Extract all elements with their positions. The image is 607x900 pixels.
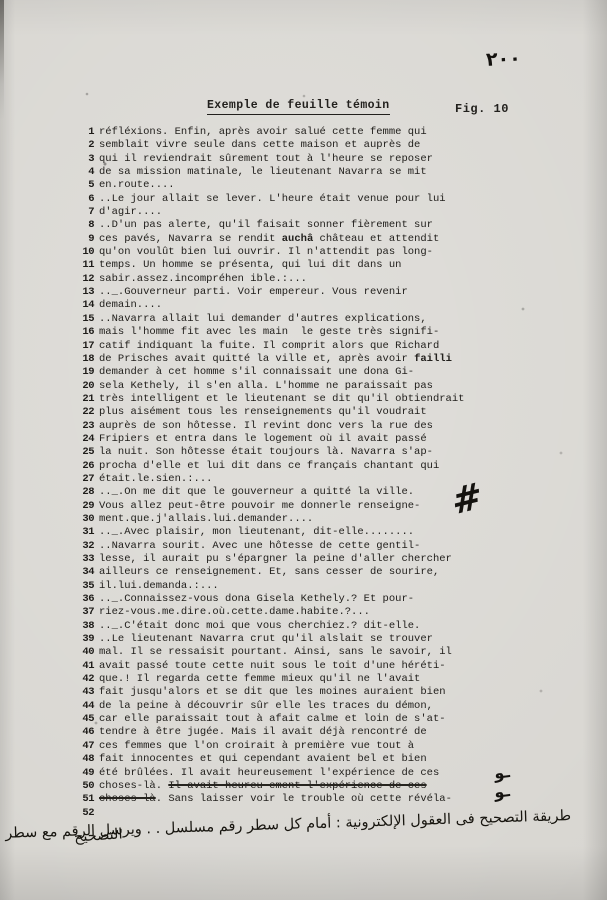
line-text: tendre à être jugée. Mais il avait déjà … [99, 726, 427, 738]
line-number: 14 [70, 299, 94, 311]
line-text-segment: ment.que.j'allais.lui.demander.... [99, 513, 313, 525]
struck-text-segment: Il avait heureu ement l'expérience de ce… [168, 780, 426, 792]
line-text-segment: ..Le jour allait se lever. L'heure était… [99, 193, 446, 205]
line-number: 27 [70, 473, 94, 485]
line-number: 50 [70, 780, 94, 792]
line-number: 31 [70, 526, 94, 538]
line-text-segment: ..Le lieutenant Navarra crut qu'il alsla… [99, 633, 433, 645]
line-text-segment: .._.Avec plaisir, mon lieutenant, dit-el… [99, 526, 414, 538]
line-number: 44 [70, 700, 94, 712]
line-text-segment: auchâ [282, 233, 314, 245]
line-number: 5 [70, 179, 94, 191]
line-text-segment: d'agir.... [99, 206, 162, 218]
line-text: ces pavés, Navarra se rendit auchâ châte… [99, 233, 439, 245]
line-text: demain.... [99, 299, 162, 311]
line-number: 49 [70, 767, 94, 779]
text-line: 38 .._.C'était donc moi que vous cherchi… [70, 620, 464, 633]
line-text-segment: était.le.sien.:... [99, 473, 212, 485]
line-text: qu'on voulût bien lui ouvrir. Il n'atten… [99, 246, 433, 258]
arabic-footnote-wrap-word: التصحيح [74, 826, 123, 845]
line-text-segment: il.lui.demanda.:... [99, 580, 219, 592]
line-number: 22 [70, 406, 94, 418]
line-text-segment: procha d'elle et lui dit dans ce françai… [99, 460, 439, 472]
line-text: en.route.... [99, 179, 175, 191]
text-line: 2 semblait vivre seule dans cette maison… [70, 139, 464, 152]
paper-speckles [0, 0, 2, 2]
line-text-segment: avait passé toute cette nuit sous le toi… [99, 660, 446, 672]
line-number: 16 [70, 326, 94, 338]
line-text-segment: fait innocentes et qui cependant avaient… [99, 753, 427, 765]
line-text-segment: qui il reviendrait sûrement tout à l'heu… [99, 153, 433, 165]
line-number: 15 [70, 313, 94, 325]
line-number: 20 [70, 380, 94, 392]
text-line: 5 en.route.... [70, 179, 464, 192]
text-line: 49 été brûlées. Il avait heureusement l'… [70, 767, 464, 780]
line-text: .._.Gouverneur parti. Voir empereur. Vou… [99, 286, 408, 298]
line-text: Fripiers et entra dans le logement où il… [99, 433, 427, 445]
line-text-segment: ces femmes que l'on croirait à première … [99, 740, 414, 752]
line-text: mal. Il se ressaisit pourtant. Ainsi, sa… [99, 646, 452, 658]
line-text: demander à cet homme s'il connaissait un… [99, 366, 414, 378]
line-text: ..Le lieutenant Navarra crut qu'il alsla… [99, 633, 433, 645]
line-text: d'agir.... [99, 206, 162, 218]
line-text: car elle paraissait tout à afait calme e… [99, 713, 446, 725]
text-line: 30 ment.que.j'allais.lui.demander.... [70, 513, 464, 526]
line-text: choses-là. Sans laisser voir le trouble … [99, 793, 452, 805]
line-text-segment: qu'on voulût bien lui ouvrir. Il n'atten… [99, 246, 433, 258]
text-line: 29 Vous allez peut-être pouvoir me donne… [70, 500, 464, 513]
line-text-segment: car elle paraissait tout à afait calme e… [99, 713, 446, 725]
handwritten-page-number: ٢٠٠ [485, 47, 521, 71]
text-line: 17 catif indiquant la fuite. Il comprit … [70, 340, 464, 353]
text-line: 1 réfléxions. Enfin, après avoir salué c… [70, 126, 464, 139]
line-number: 8 [70, 219, 94, 231]
line-text-segment: .._.Gouverneur parti. Voir empereur. Vou… [99, 286, 408, 298]
figure-label: Fig. 10 [455, 102, 509, 116]
text-line: 24 Fripiers et entra dans le logement où… [70, 433, 464, 446]
line-number: 33 [70, 553, 94, 565]
line-text-segment: mais l'homme fit avec les main le geste … [99, 326, 439, 338]
line-number: 7 [70, 206, 94, 218]
line-number: 21 [70, 393, 94, 405]
line-number: 25 [70, 446, 94, 458]
line-text-segment: que.! Il regarda cette femme mieux qu'il… [99, 673, 420, 685]
text-line: 39 ..Le lieutenant Navarra crut qu'il al… [70, 633, 464, 646]
line-text-segment: de la peine à découvrir sûr elle les tra… [99, 700, 433, 712]
line-text: fait innocentes et qui cependant avaient… [99, 753, 427, 765]
line-text: .._.Connaissez-vous dona Gisela Kethely.… [99, 593, 414, 605]
line-number: 51 [70, 793, 94, 805]
line-text-segment: château et attendit [313, 233, 439, 245]
line-number: 30 [70, 513, 94, 525]
line-text-segment: failli [414, 353, 452, 365]
handwritten-waw-annotation-2: ـو [493, 781, 511, 802]
line-text: que.! Il regarda cette femme mieux qu'il… [99, 673, 420, 685]
text-line: 40 mal. Il se ressaisit pourtant. Ainsi,… [70, 646, 464, 659]
line-number: 29 [70, 500, 94, 512]
line-text-segment: la nuit. Son hôtesse était toujours là. … [99, 446, 433, 458]
line-text: ..Le jour allait se lever. L'heure était… [99, 193, 446, 205]
line-text: de Prisches avait quitté la ville et, ap… [99, 353, 452, 365]
line-number: 24 [70, 433, 94, 445]
line-text: ..Navarra allait lui demander d'autres e… [99, 313, 427, 325]
line-text-segment: ..D'un pas alerte, qu'il faisait sonner … [99, 219, 433, 231]
line-text: riez-vous.me.dire.où.cette.dame.habite.?… [99, 606, 370, 618]
line-text-segment: .._.C'était donc moi que vous cherchiez.… [99, 620, 420, 632]
line-number: 2 [70, 139, 94, 151]
text-line: 19 demander à cet homme s'il connaissait… [70, 366, 464, 379]
line-number: 12 [70, 273, 94, 285]
line-text-segment: Vous allez peut-être pouvoir me donnerle… [99, 500, 420, 512]
text-line: 21 très intelligent et le lieutenant se … [70, 393, 464, 406]
line-number: 6 [70, 193, 94, 205]
line-number: 34 [70, 566, 94, 578]
text-line: 32 ..Navarra sourit. Avec une hôtesse de… [70, 540, 464, 553]
text-line: 48 fait innocentes et qui cependant avai… [70, 753, 464, 766]
line-text-segment: choses-là. [99, 780, 168, 792]
line-number: 39 [70, 633, 94, 645]
line-text: réfléxions. Enfin, après avoir salué cet… [99, 126, 427, 138]
text-line: 41 avait passé toute cette nuit sous le … [70, 660, 464, 673]
line-text-segment: ailleurs ce renseignement. Et, sans cess… [99, 566, 439, 578]
line-text: sabir.assez.incompréhen ible.:... [99, 273, 307, 285]
text-line: 16 mais l'homme fit avec les main le ges… [70, 326, 464, 339]
line-text: choses-là. Il avait heureu ement l'expér… [99, 780, 427, 792]
line-text-segment: .._.Connaissez-vous dona Gisela Kethely.… [99, 593, 414, 605]
line-number: 42 [70, 673, 94, 685]
document-title: Exemple de feuille témoin [207, 99, 390, 115]
text-line: 22 plus aisément tous les renseignements… [70, 406, 464, 419]
text-line: 10 qu'on voulût bien lui ouvrir. Il n'at… [70, 246, 464, 259]
text-line: 35 il.lui.demanda.:... [70, 580, 464, 593]
line-text: avait passé toute cette nuit sous le toi… [99, 660, 446, 672]
line-text: de la peine à découvrir sûr elle les tra… [99, 700, 433, 712]
text-line: 14 demain.... [70, 299, 464, 312]
line-number: 47 [70, 740, 94, 752]
text-line: 12 sabir.assez.incompréhen ible.:... [70, 273, 464, 286]
line-text-segment: Fripiers et entra dans le logement où il… [99, 433, 427, 445]
line-number: 37 [70, 606, 94, 618]
line-text: catif indiquant la fuite. Il comprit alo… [99, 340, 439, 352]
line-text: Vous allez peut-être pouvoir me donnerle… [99, 500, 420, 512]
handwritten-waw-annotation-1: ـو [493, 762, 511, 783]
line-number: 35 [70, 580, 94, 592]
text-line: 50 choses-là. Il avait heureu ement l'ex… [70, 780, 464, 793]
line-text-segment: tendre à être jugée. Mais il avait déjà … [99, 726, 427, 738]
line-number: 3 [70, 153, 94, 165]
line-text-segment: riez-vous.me.dire.où.cette.dame.habite.?… [99, 606, 370, 618]
line-text: ailleurs ce renseignement. Et, sans cess… [99, 566, 439, 578]
line-text-segment: très intelligent et le lieutenant se dit… [99, 393, 464, 405]
line-text-segment: en.route.... [99, 179, 175, 191]
text-line: 15 ..Navarra allait lui demander d'autre… [70, 313, 464, 326]
line-text-segment: temps. Un homme se présenta, qui lui dit… [99, 259, 401, 271]
line-number: 48 [70, 753, 94, 765]
line-text: auprès de son hôtesse. Il revint donc ve… [99, 420, 433, 432]
text-line: 3 qui il reviendrait sûrement tout à l'h… [70, 153, 464, 166]
text-line: 46 tendre à être jugée. Mais il avait dé… [70, 726, 464, 739]
line-text-segment: sela Kethely, il s'en alla. L'homme ne p… [99, 380, 433, 392]
line-text-segment: plus aisément tous les renseignements qu… [99, 406, 427, 418]
line-text: plus aisément tous les renseignements qu… [99, 406, 427, 418]
line-text: ..D'un pas alerte, qu'il faisait sonner … [99, 219, 433, 231]
line-number: 18 [70, 353, 94, 365]
line-text-segment: demander à cet homme s'il connaissait un… [99, 366, 414, 378]
text-line: 11 temps. Un homme se présenta, qui lui … [70, 259, 464, 272]
line-text: fait jusqu'alors et se dit que les moine… [99, 686, 446, 698]
text-line: 9 ces pavés, Navarra se rendit auchâ châ… [70, 233, 464, 246]
text-line: 44 de la peine à découvrir sûr elle les … [70, 700, 464, 713]
body-text-block: 1 réfléxions. Enfin, après avoir salué c… [70, 126, 464, 820]
line-text: .._.Avec plaisir, mon lieutenant, dit-el… [99, 526, 414, 538]
line-text: il.lui.demanda.:... [99, 580, 219, 592]
line-number: 10 [70, 246, 94, 258]
line-text: .._.On me dit que le gouverneur a quitté… [99, 486, 414, 498]
line-text-segment: sabir.assez.incompréhen ible.:... [99, 273, 307, 285]
line-number: 38 [70, 620, 94, 632]
line-number: 52 [70, 807, 94, 819]
line-text-segment: auprès de son hôtesse. Il revint donc ve… [99, 420, 433, 432]
line-number: 40 [70, 646, 94, 658]
line-text: la nuit. Son hôtesse était toujours là. … [99, 446, 433, 458]
text-line: 34 ailleurs ce renseignement. Et, sans c… [70, 566, 464, 579]
handwritten-hash-annotation: # [451, 474, 483, 524]
line-number: 17 [70, 340, 94, 352]
line-number: 43 [70, 686, 94, 698]
text-line: 23 auprès de son hôtesse. Il revint donc… [70, 420, 464, 433]
line-text-segment: .._.On me dit que le gouverneur a quitté… [99, 486, 414, 498]
line-number: 1 [70, 126, 94, 138]
text-line: 8 ..D'un pas alerte, qu'il faisait sonne… [70, 219, 464, 232]
line-text: mais l'homme fit avec les main le geste … [99, 326, 439, 338]
line-text: qui il reviendrait sûrement tout à l'heu… [99, 153, 433, 165]
line-text-segment: réfléxions. Enfin, après avoir salué cet… [99, 126, 427, 138]
text-line: 28 .._.On me dit que le gouverneur a qui… [70, 486, 464, 499]
line-text: de sa mission matinale, le lieutenant Na… [99, 166, 427, 178]
text-line: 42 que.! Il regarda cette femme mieux qu… [70, 673, 464, 686]
text-line: 45 car elle paraissait tout à afait calm… [70, 713, 464, 726]
line-number: 19 [70, 366, 94, 378]
text-line: 26 procha d'elle et lui dit dans ce fran… [70, 460, 464, 473]
line-text-segment: de Prisches avait quitté la ville et, ap… [99, 353, 414, 365]
line-text: était.le.sien.:... [99, 473, 212, 485]
line-text-segment: . Sans laisser voir le trouble où cette … [156, 793, 452, 805]
line-text-segment: ces pavés, Navarra se rendit [99, 233, 282, 245]
text-line: 31 .._.Avec plaisir, mon lieutenant, dit… [70, 526, 464, 539]
line-number: 46 [70, 726, 94, 738]
text-line: 33 lesse, il aurait pu s'épargner la pei… [70, 553, 464, 566]
line-text-segment: mal. Il se ressaisit pourtant. Ainsi, sa… [99, 646, 452, 658]
text-line: 36 .._.Connaissez-vous dona Gisela Kethe… [70, 593, 464, 606]
line-text: ces femmes que l'on croirait à première … [99, 740, 414, 752]
text-line: 4 de sa mission matinale, le lieutenant … [70, 166, 464, 179]
text-line: 13 .._.Gouverneur parti. Voir empereur. … [70, 286, 464, 299]
line-text: temps. Un homme se présenta, qui lui dit… [99, 259, 401, 271]
text-line: 6 ..Le jour allait se lever. L'heure éta… [70, 193, 464, 206]
line-text-segment: catif indiquant la fuite. Il comprit alo… [99, 340, 439, 352]
line-number: 11 [70, 259, 94, 271]
line-text-segment: fait jusqu'alors et se dit que les moine… [99, 686, 446, 698]
scan-edge-shadow [0, 0, 4, 120]
line-text-segment: de sa mission matinale, le lieutenant Na… [99, 166, 427, 178]
line-number: 23 [70, 420, 94, 432]
line-text: semblait vivre seule dans cette maison e… [99, 139, 420, 151]
line-number: 41 [70, 660, 94, 672]
line-number: 32 [70, 540, 94, 552]
line-text: très intelligent et le lieutenant se dit… [99, 393, 464, 405]
line-number: 26 [70, 460, 94, 472]
line-text: sela Kethely, il s'en alla. L'homme ne p… [99, 380, 433, 392]
text-line: 20 sela Kethely, il s'en alla. L'homme n… [70, 380, 464, 393]
line-text: ..Navarra sourit. Avec une hôtesse de ce… [99, 540, 420, 552]
line-text-segment: ..Navarra allait lui demander d'autres e… [99, 313, 427, 325]
text-line: 51 choses-là. Sans laisser voir le troub… [70, 793, 464, 806]
line-text: ment.que.j'allais.lui.demander.... [99, 513, 313, 525]
line-number: 45 [70, 713, 94, 725]
line-text: procha d'elle et lui dit dans ce françai… [99, 460, 439, 472]
line-text: lesse, il aurait pu s'épargner la peine … [99, 553, 452, 565]
scanned-document-page: ٢٠٠ Exemple de feuille témoin Fig. 10 1 … [0, 0, 607, 900]
line-number: 13 [70, 286, 94, 298]
line-number: 9 [70, 233, 94, 245]
line-number: 4 [70, 166, 94, 178]
text-line: 7 d'agir.... [70, 206, 464, 219]
struck-text-segment: choses-là [99, 793, 156, 805]
text-line: 43 fait jusqu'alors et se dit que les mo… [70, 686, 464, 699]
text-line: 25 la nuit. Son hôtesse était toujours l… [70, 446, 464, 459]
line-number: 28 [70, 486, 94, 498]
text-line: 37 riez-vous.me.dire.où.cette.dame.habit… [70, 606, 464, 619]
text-line: 18 de Prisches avait quitté la ville et,… [70, 353, 464, 366]
line-text: .._.C'était donc moi que vous cherchiez.… [99, 620, 420, 632]
line-text-segment: semblait vivre seule dans cette maison e… [99, 139, 420, 151]
line-number: 36 [70, 593, 94, 605]
line-text: été brûlées. Il avait heureusement l'exp… [99, 767, 439, 779]
line-text-segment: demain.... [99, 299, 162, 311]
text-line: 47 ces femmes que l'on croirait à premiè… [70, 740, 464, 753]
line-text-segment: lesse, il aurait pu s'épargner la peine … [99, 553, 452, 565]
line-text-segment: été brûlées. Il avait heureusement l'exp… [99, 767, 439, 779]
line-text-segment: ..Navarra sourit. Avec une hôtesse de ce… [99, 540, 420, 552]
text-line: 27 était.le.sien.:... [70, 473, 464, 486]
